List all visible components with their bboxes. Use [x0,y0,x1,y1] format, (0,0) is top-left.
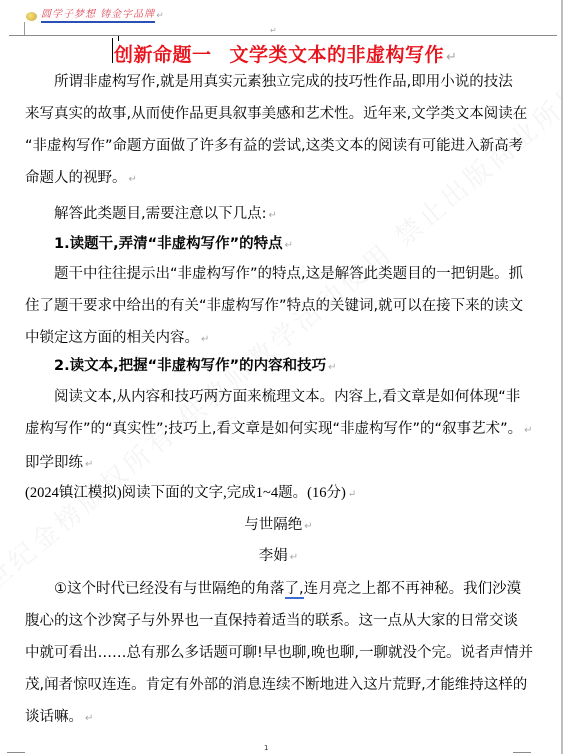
paragraph-mark-icon: ↵ [269,210,277,221]
text-span: 连月亮之上都不再神秘。我们沙漠 [304,581,522,597]
title-part2: 文学类文本的非虚构写作 [230,44,445,66]
paragraph-mark-icon: ↵ [270,26,277,35]
text-line: 茂,闻者惊叹连连。肯定有外部的消息连续不断地进入这片荒野,才能维持这样的 [25,669,532,701]
title-part1: 创新命题一 [114,44,212,66]
paragraph-mark-icon: ↵ [328,362,336,373]
paragraph-mark-icon: ↵ [85,713,93,724]
lead-paragraph: 解答此类题目,需要注意以下几点:↵ [25,198,532,232]
passage-title: 与世隔绝↵ [25,509,532,543]
paragraph-mark-icon: ↵ [290,552,298,563]
text-line: 来写真实的故事,从而使作品更具叙事美感和艺术性。近年来,文学类文本阅读在 [25,98,532,130]
practice-label: 即学即练 [25,455,83,471]
text-line: 阅读文本,从内容和技巧两方面来梳理文本。内容上,看文章是如何体现“非 [25,381,532,413]
paragraph-mark-icon: ↵ [524,425,532,436]
passage-paragraph-1: ①这个时代已经没有与世隔绝的角落了,连月亮之上都不再神秘。我们沙漠 腹心的这个沙… [25,573,532,735]
text-span: 中锁定这方面的相关内容。 [25,330,199,346]
paragraph-mark-icon: ↵ [129,174,137,185]
footer-corner-mark [513,752,531,753]
text-span: 虚构写作”的“真实性”;技巧上,看文章是如何实现“非虚构写作”的“叙事艺术”。 [25,421,522,437]
text-span: 2.读文本,把握“非虚构写作”的内容和技巧 [54,358,326,374]
point1-heading: 1.读题干,弄清“非虚构写作”的特点↵ [25,228,532,262]
text-line: “非虚构写作”命题方面做了许多有益的尝试,这类文本的阅读有可能进入新高考 [25,130,532,162]
passage-author: 李娟↵ [25,540,532,574]
text-line: 腹心的这个沙窝子与外界也一直保持着适当的联系。这一点从大家的日常交谈 [25,605,532,637]
footer-corner-mark [7,752,25,753]
text-line: ①这个时代已经没有与世隔绝的角落了,连月亮之上都不再神秘。我们沙漠 [25,573,532,605]
point2-body: 阅读文本,从内容和技巧两方面来梳理文本。内容上,看文章是如何体现“非 虚构写作”… [25,381,532,481]
page-number: 1 [264,744,268,752]
document-page[interactable]: 世纪金榜版权所有 供教师教学活动使用 禁止出版商业所用 违者必究 圆学子梦想 铸… [0,0,561,754]
paragraph-mark-icon: ↵ [348,489,356,500]
text-span: 与世隔绝 [244,517,302,533]
point2-heading: 2.读文本,把握“非虚构写作”的内容和技巧↵ [25,350,532,384]
text-line: 中就可看出……总有那么多话题可聊!早也聊,晚也聊,一聊就没个完。说者声情并 [25,637,532,669]
text-span: 命题人的视野。 [25,170,127,186]
intro-paragraph: 所谓非虚构写作,就是用真实元素独立完成的技巧性作品,即用小说的技法 来写真实的故… [25,66,532,196]
text-span: 谈话嘛。 [25,709,83,725]
text-span: 解答此类题目,需要注意以下几点: [54,206,267,222]
grammar-underline[interactable]: 了, [285,581,304,599]
paragraph-mark-icon: ↵ [446,50,457,65]
paragraph-mark-icon: ↵ [156,11,164,21]
text-line: 虚构写作”的“真实性”;技巧上,看文章是如何实现“非虚构写作”的“叙事艺术”。↵ [25,413,532,447]
paragraph-mark-icon: ↵ [304,521,312,532]
text-line: 解答此类题目,需要注意以下几点:↵ [25,198,532,232]
text-span: 1.读题干,弄清“非虚构写作”的特点 [54,236,283,252]
text-line: 即学即练↵ [25,447,532,481]
text-line: 命题人的视野。↵ [25,162,532,196]
header-divider [9,35,557,36]
text-line: 2.读文本,把握“非虚构写作”的内容和技巧↵ [25,350,532,384]
text-span: 李娟 [259,548,288,564]
paragraph-mark-icon: ↵ [285,240,293,251]
margin-corner-mark [24,22,25,36]
text-line: 谈话嘛。↵ [25,701,532,735]
paragraph-mark-icon: ↵ [201,334,209,345]
page-title: 创新命题一文学类文本的非虚构写作↵ [114,40,474,67]
point1-body: 题干中往往提示出“非虚构写作”的特点,这是解答此类题目的一把钥匙。抓 住了题干要… [25,258,532,356]
page-header[interactable]: 圆学子梦想 铸金字品牌 ↵ [26,9,164,23]
text-line: 1.读题干,弄清“非虚构写作”的特点↵ [25,228,532,262]
exercise-intro: (2024镇江模拟)阅读下面的文字,完成1~4题。(16分)↵ [25,477,532,511]
text-line: 住了题干要求中给出的有关“非虚构写作”特点的关键词,就可以在接下来的读文 [25,290,532,322]
header-slogan: 圆学子梦想 铸金字品牌 [41,9,155,23]
logo-icon [26,12,37,21]
text-line: 题干中往往提示出“非虚构写作”的特点,这是解答此类题目的一把钥匙。抓 [25,258,532,290]
text-line: (2024镇江模拟)阅读下面的文字,完成1~4题。(16分)↵ [25,477,532,511]
text-line: 所谓非虚构写作,就是用真实元素独立完成的技巧性作品,即用小说的技法 [25,66,532,98]
text-span: (2024镇江模拟)阅读下面的文字,完成1~4题。(16分) [25,485,346,501]
paragraph-mark-icon: ↵ [85,459,93,470]
text-span: ①这个时代已经没有与世隔绝的角落 [54,581,285,597]
text-cursor [112,38,113,63]
